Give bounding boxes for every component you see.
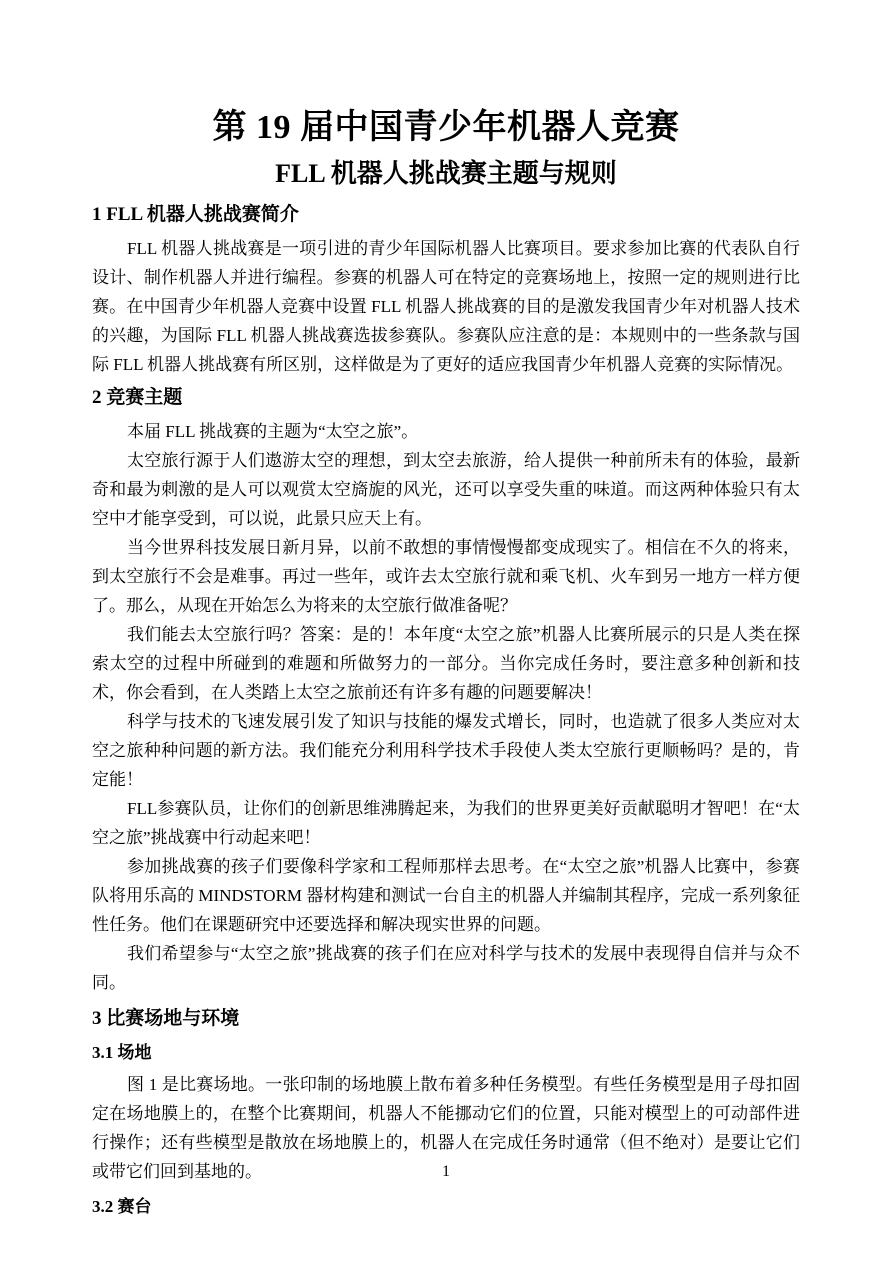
section-2-paragraph-3: 当今世界科技发展日新月异，以前不敢想的事情慢慢都变成现实了。相信在不久的将来，到… bbox=[92, 533, 800, 620]
section-2-paragraph-4: 我们能去太空旅行吗？答案：是的！本年度“太空之旅”机器人比赛所展示的只是人类在探… bbox=[92, 620, 800, 707]
section-2-paragraph-8: 我们希望参与“太空之旅”挑战赛的孩子们在应对科学与技术的发展中表现得自信并与众不… bbox=[92, 939, 800, 997]
section-2-paragraph-5: 科学与技术的飞速发展引发了知识与技能的爆发式增长，同时，也造就了很多人类应对太空… bbox=[92, 707, 800, 794]
section-1-paragraph-1: FLL 机器人挑战赛是一项引进的青少年国际机器人比赛项目。要求参加比赛的代表队自… bbox=[92, 234, 800, 379]
page-number: 1 bbox=[0, 1162, 892, 1182]
section-2-paragraph-7: 参加挑战赛的孩子们要像科学家和工程师那样去思考。在“太空之旅”机器人比赛中，参赛… bbox=[92, 852, 800, 939]
section-3-2-heading: 3.2 赛台 bbox=[92, 1194, 800, 1220]
section-3-1-heading: 3.1 场地 bbox=[92, 1040, 800, 1066]
section-2-heading: 2 竞赛主题 bbox=[92, 385, 800, 411]
section-2-paragraph-6: FLL参赛队员，让你们的创新思维沸腾起来，为我们的世界更美好贡献聪明才智吧！在“… bbox=[92, 794, 800, 852]
section-2-paragraph-2: 太空旅行源于人们遨游太空的理想，到太空去旅游，给人提供一种前所未有的体验，最新奇… bbox=[92, 446, 800, 533]
section-2-paragraph-1: 本届 FLL 挑战赛的主题为“太空之旅”。 bbox=[92, 417, 800, 446]
section-1-heading: 1 FLL 机器人挑战赛简介 bbox=[92, 202, 800, 228]
section-3-heading: 3 比赛场地与环境 bbox=[92, 1006, 800, 1032]
document-page: 第 19 届中国青少年机器人竞赛 FLL 机器人挑战赛主题与规则 1 FLL 机… bbox=[0, 0, 892, 1262]
document-title: 第 19 届中国青少年机器人竞赛 bbox=[92, 108, 800, 148]
document-subtitle: FLL 机器人挑战赛主题与规则 bbox=[92, 158, 800, 190]
